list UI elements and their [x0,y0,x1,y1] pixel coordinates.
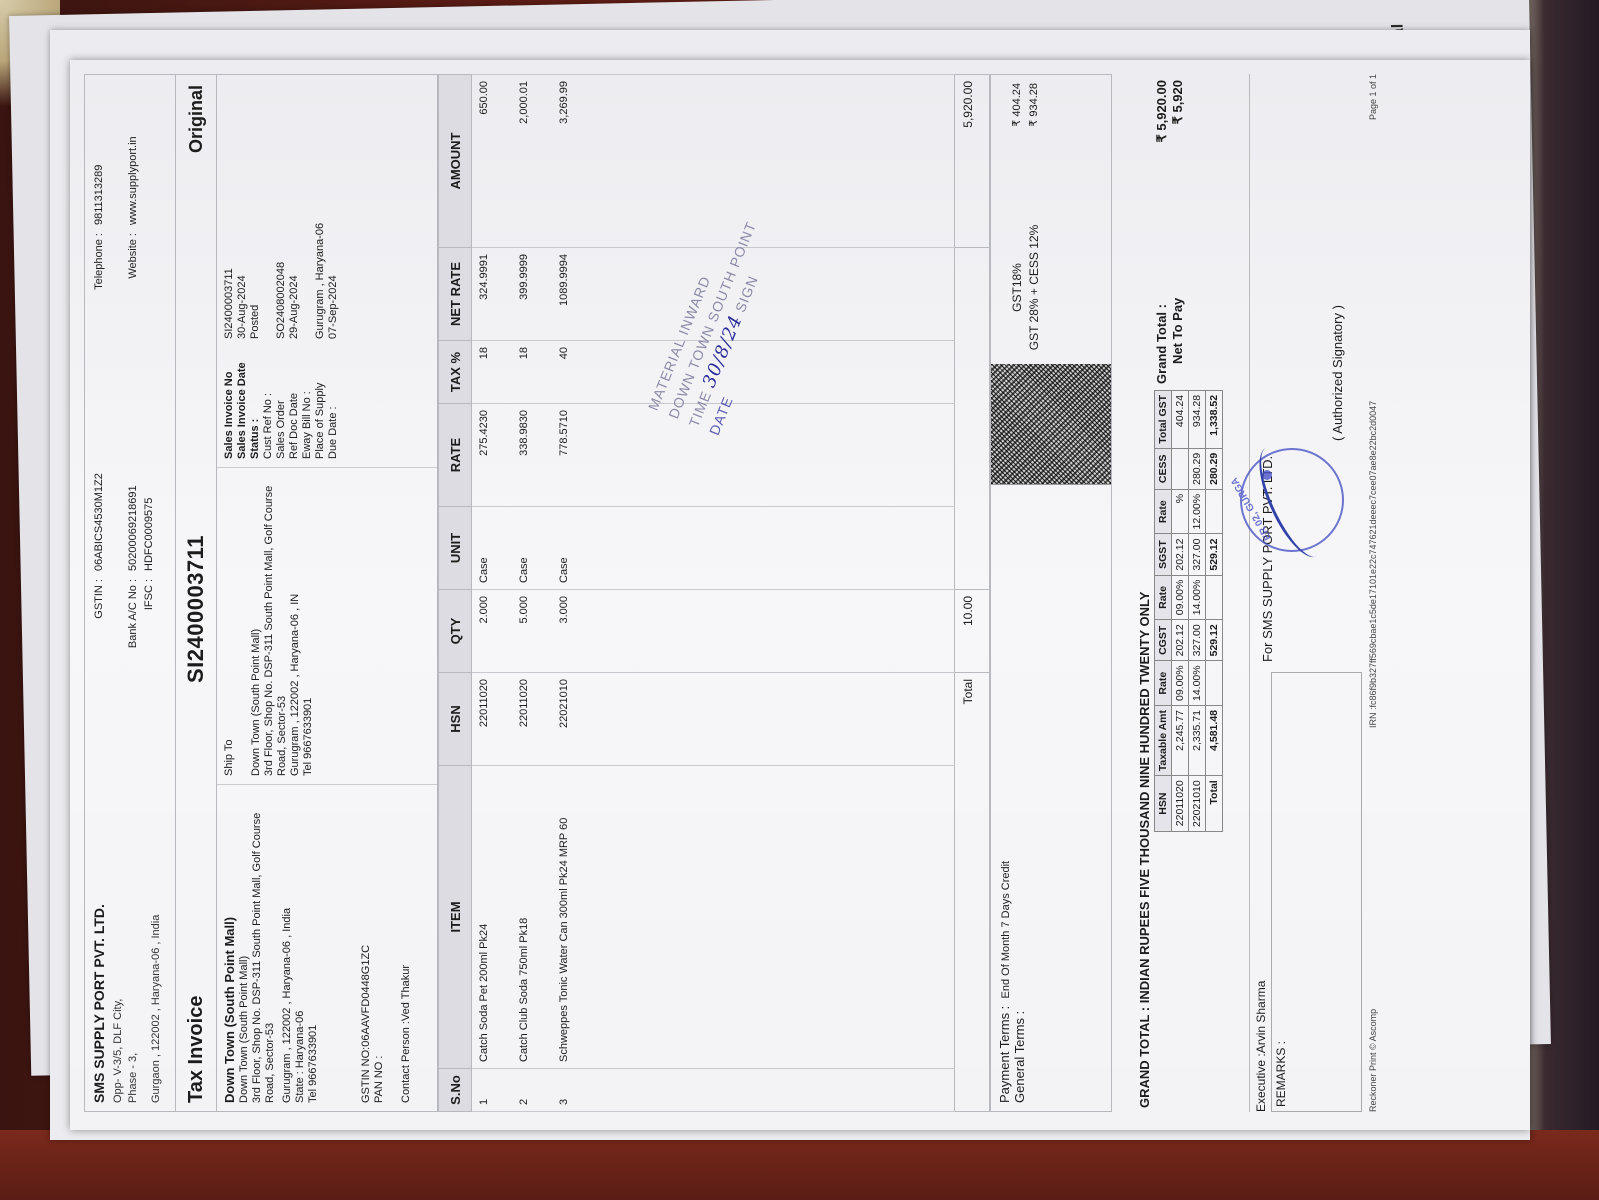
tax-column-header: Rate [1155,575,1172,620]
bill-to-line: Gurugram , 122002 , Haryana-06 , India [281,793,294,1103]
document-title: Tax Invoice [185,683,208,1111]
copy-type: Original [186,75,207,263]
empty-cell [592,507,955,590]
table-cell: 324.9991 [472,248,513,341]
meta-row: Sales Invoice NoSI2400003711 [223,83,236,459]
qr-code [991,364,1111,485]
empty-cell [592,1069,955,1112]
tax-cell: 2,245.77 [1172,706,1189,776]
tax-cell: % [1172,489,1189,534]
tax-cell: 14.00% [1189,575,1206,620]
seller-address-line: Phase - 3, [126,683,141,1103]
empty-cell [592,590,955,673]
remarks-label: REMARKS : [1274,1041,1288,1107]
column-header: ITEM [439,766,472,1069]
table-cell: Catch Soda Pet 200ml Pk24 [472,766,513,1069]
tax-breakup-table: HSNTaxable AmtRateCGSTRateSGSTRateCESSTo… [1154,390,1223,832]
table-cell: 22011020 [512,673,552,766]
print-credit: Reckoner Print © Ascomp [1368,1009,1378,1112]
tax-column-header: SGST [1155,534,1172,575]
terms-section: Payment Terms : End Of Month 7 Days Cred… [990,74,1112,1112]
bill-to-line: 3rd Floor, Shop No. DSP-311 South Point … [251,793,277,1103]
gstin-label: GSTIN : [91,571,107,667]
meta-label: Due Date : [327,339,340,459]
table-cell: 22021010 [552,673,592,766]
column-header: QTY [439,590,472,673]
meta-value: 07-Sep-2024 [327,275,340,339]
grand-total-label: Grand Total : [1154,304,1170,384]
table-cell: 778.5710 [552,404,592,507]
meta-row: Sales OrderSO2408002048 [275,83,288,459]
column-header: HSN [439,673,472,766]
invoice-meta: Sales Invoice NoSI2400003711Sales Invoic… [217,75,437,467]
gst-summary-value: ₹ 934.28 [1026,83,1043,203]
telephone-label: Telephone : [91,225,107,321]
column-header: UNIT [439,507,472,590]
meta-label: Eway Bill No : [301,339,314,459]
tax-column-header: Taxable Amt [1155,706,1172,776]
tax-cell: 280.29 [1189,448,1206,489]
meta-row: Cust Ref No : [262,83,275,459]
tax-cell: 327.00 [1189,534,1206,575]
table-cell: 3,269.99 [552,75,592,248]
meta-label: Place of Supply [314,339,327,459]
table-row: 3Schweppes Tonic Water Can 300ml Pk24 MR… [552,75,592,1112]
tax-total-cell: 529.12 [1206,534,1223,575]
meta-label: Sales Order [275,339,288,459]
bill-to-contact: Contact Person :Ved Thakur [400,793,413,1103]
ship-to-line: 3rd Floor, Shop No. DSP-311 South Point … [263,476,289,776]
meta-row: Status :Posted [249,83,262,459]
table-cell: 1089.9994 [552,248,592,341]
tax-total-cell [1206,575,1223,620]
total-row: Total10.005,920.00 [955,75,990,1112]
tax-cell: 202.12 [1172,534,1189,575]
net-to-pay-label: Net To Pay [1170,298,1186,384]
table-cell: 40 [552,341,592,404]
total-label: Total [955,673,990,1112]
table-cell: 5.000 [512,590,552,673]
table-cell: 399.9999 [512,248,552,341]
table-cell: 1 [472,1069,513,1112]
meta-row: Due Date :07-Sep-2024 [327,83,340,459]
empty-cell [592,404,955,507]
tax-column-header: CESS [1155,448,1172,489]
column-header: S.No [439,1069,472,1112]
meta-row: Eway Bill No : [301,83,314,459]
tax-total-cell: 280.29 [1206,448,1223,489]
tax-total-cell: 1,338.52 [1206,390,1223,448]
net-to-pay: ₹ 5,920 [1170,80,1186,124]
column-header: NET RATE [439,248,472,341]
payment-terms: End Of Month 7 Days Credit [1000,861,1012,999]
ship-to-line: Down Town (South Point Mall) [250,476,263,776]
ship-to: Ship To Down Town (South Point Mall) 3rd… [217,467,437,784]
ship-to-line: Gurugram , 122002 , Haryana-06 , IN [289,476,302,776]
bill-to-gstin: GSTIN NO:06AAVFD0448G1ZC [360,793,373,1103]
tax-cell: 12.00% [1189,489,1206,534]
tax-cell: 22011020 [1172,776,1189,832]
tax-row: 220110202,245.7709.00%202.1209.00%202.12… [1172,390,1189,831]
grand-total-block: Grand Total :₹ 5,920.00 Net To Pay₹ 5,92… [1154,74,1223,390]
tax-row: 220210102,335.7114.00%327.0014.00%327.00… [1189,390,1206,831]
meta-label: Ref Doc Date [288,339,301,459]
ship-to-label: Ship To [223,476,236,776]
bill-to-line: Down Town (South Point Mall) [238,793,251,1103]
tax-column-header: Rate [1155,489,1172,534]
seller-bank-account: 50200069218691 [125,485,141,571]
seller-ifsc: HDFC0009575 [141,498,157,571]
bill-to-pan: PAN NO : [373,793,386,1103]
parties-section: Down Town (South Point Mall) Down Town (… [216,74,438,1112]
tax-cell: 327.00 [1189,620,1206,661]
signatory-block: For SMS SUPPLY PORT PVT. LTD. ER 02, GUR… [1250,74,1362,672]
tax-cell: 2,335.71 [1189,706,1206,776]
table-cell: 18 [472,341,513,404]
meta-label: Sales Invoice Date [236,339,249,459]
invoice-header: SMS SUPPLY PORT PVT. LTD. Opp- V-3/5, DL… [84,74,176,1112]
column-header: RATE [439,404,472,507]
empty-cell [592,766,955,1069]
meta-value: 29-Aug-2024 [288,275,301,339]
tax-cell: 202.12 [1172,620,1189,661]
bill-to-line: State : Haryana-06 [294,793,307,1103]
meta-value: Posted [249,305,262,339]
tax-total-cell: 529.12 [1206,620,1223,661]
table-cell: 650.00 [472,75,513,248]
general-terms-label: General Terms : [1012,493,1027,1103]
tax-total-row: Total4,581.48529.12529.12280.291,338.52 [1206,390,1223,831]
table-cell: Case [552,507,592,590]
signatory-for: For SMS SUPPLY PORT PVT. LTD. [1260,84,1275,662]
tax-column-header: HSN [1155,776,1172,832]
gst-summary-label: GST 28% + CESS 12% [1026,219,1043,356]
background-table-edge [0,1130,1599,1200]
grand-total: ₹ 5,920.00 [1154,80,1170,143]
payment-terms-label: Payment Terms : [997,1006,1012,1103]
tax-cell: 14.00% [1189,661,1206,706]
meta-value: 30-Aug-2024 [236,275,249,339]
table-cell: 3.000 [552,590,592,673]
invoice-page: SMS SUPPLY PORT PVT. LTD. Opp- V-3/5, DL… [70,60,1530,1130]
ship-to-line: Tel 9667633901 [302,476,315,776]
meta-label: Cust Ref No : [262,339,275,459]
total-qty: 10.00 [955,590,990,673]
table-cell: 2.000 [472,590,513,673]
irn: IRN :fc86f9b327ff569cbae1c5de17101e22c74… [1368,401,1378,728]
tax-cell: 404.24 [1172,390,1189,448]
meta-value: Gurugram , Haryana-06 [314,223,327,339]
empty-cell [592,673,955,766]
tax-total-cell [1206,661,1223,706]
seller-gstin: 06ABICS4530M1Z2 [91,473,107,571]
seller-address-line: Opp- V-3/5, DLF City, [111,683,126,1103]
table-cell: Catch Club Soda 750ml Pk18 [512,766,552,1069]
meta-row: Place of SupplyGurugram , Haryana-06 [314,83,327,459]
invoice-number: SI2400003711 [183,263,209,683]
bill-to-name: Down Town (South Point Mall) [223,793,236,1103]
tax-cell: 934.28 [1189,390,1206,448]
website-label: Website : [125,225,141,321]
tax-cell: 09.00% [1172,661,1189,706]
seller-address-line: Gurgaon , 122002 , Haryana-06 , India [149,683,164,1103]
meta-label: Sales Invoice No [223,339,236,459]
title-bar: Tax Invoice SI2400003711 Original [176,74,216,1112]
tax-cell: 09.00% [1172,575,1189,620]
tax-total-cell: 4,581.48 [1206,706,1223,776]
meta-value: SO2408002048 [275,262,288,339]
tax-total-cell [1206,489,1223,534]
meta-row: Sales Invoice Date30-Aug-2024 [236,83,249,459]
tax-column-header: CGST [1155,620,1172,661]
tax-column-header: Total GST [1155,390,1172,448]
gst-summary-label: GST18% [1009,219,1026,356]
table-cell: 2,000.01 [512,75,552,248]
table-cell: 18 [512,341,552,404]
meta-row: Ref Doc Date29-Aug-2024 [288,83,301,459]
remarks: REMARKS : [1271,672,1362,1112]
gst-summary-value: ₹ 404.24 [1009,83,1026,203]
seller-telephone: 9811313289 [91,165,107,225]
tax-column-header: Rate [1155,661,1172,706]
table-cell: Case [472,507,513,590]
table-cell: 3 [552,1069,592,1112]
table-cell: 338.9830 [512,404,552,507]
meta-value: SI2400003711 [223,268,236,339]
table-row: 2Catch Club Soda 750ml Pk18220110205.000… [512,75,552,1112]
column-header: AMOUNT [439,75,472,248]
table-cell: 2 [512,1069,552,1112]
total-amount: 5,920.00 [955,75,990,248]
table-cell: 22011020 [472,673,513,766]
bill-to-line: Tel 9667633901 [307,793,320,1103]
tax-total-cell: Total [1206,776,1223,832]
amount-in-words: GRAND TOTAL : INDIAN RUPEES FIVE THOUSAN… [1112,74,1152,1112]
tax-cell: 22021010 [1189,776,1206,832]
seller-website: www.supplyport.in [125,136,141,225]
page-info: Page 1 of 1 [1368,74,1378,120]
executive: Executive :Arvin Sharma [1254,672,1268,1112]
bill-to: Down Town (South Point Mall) Down Town (… [217,784,437,1111]
empty-cell [955,248,990,590]
seller-name: SMS SUPPLY PORT PVT. LTD. [91,683,107,1103]
tax-cell [1172,448,1189,489]
column-header: TAX % [439,341,472,404]
table-row: 1Catch Soda Pet 200ml Pk24220110202.000C… [472,75,513,1112]
table-cell: Case [512,507,552,590]
bank-label: Bank A/C No : [125,571,141,667]
meta-label: Status : [249,339,262,459]
authorized-signatory: ( Authorized Signatory ) [1330,84,1345,662]
ifsc-label: IFSC : [141,571,157,667]
table-cell: 275.4230 [472,404,513,507]
table-cell: Schweppes Tonic Water Can 300ml Pk24 MRP… [552,766,592,1069]
